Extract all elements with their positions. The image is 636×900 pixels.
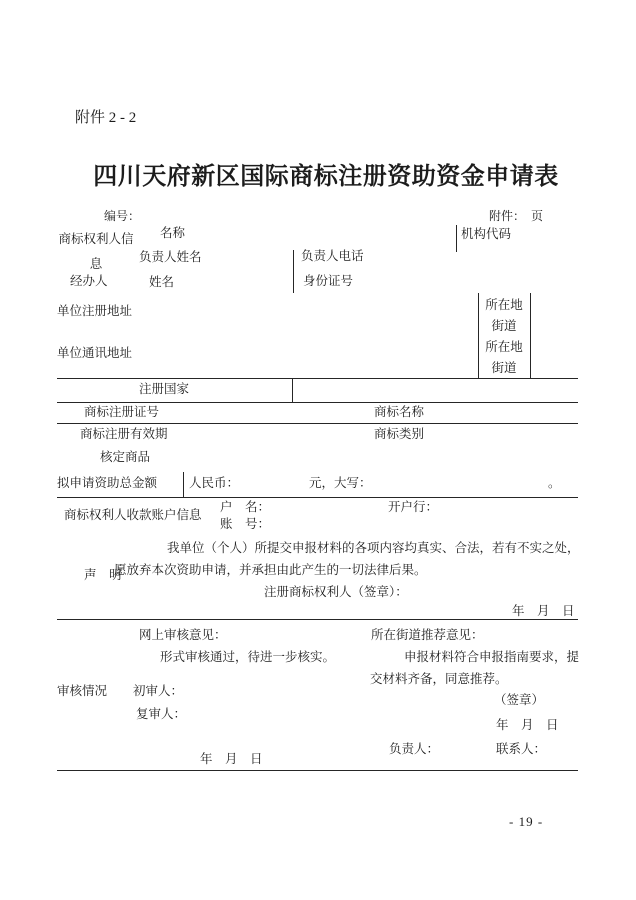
table-border-line (57, 402, 578, 403)
approved-goods-label: 核定商品 (100, 450, 150, 465)
bank-name-label: 开户行： (388, 500, 438, 515)
page-number: - 19 - (509, 814, 543, 830)
online-review-opinion-label: 网上审核意见： (139, 628, 227, 643)
subsidy-amount-label: 拟申请资助总金额 (57, 476, 157, 491)
amount-period-mark: 。 (548, 476, 561, 491)
certificate-number-label: 商标注册证号 (84, 405, 159, 420)
street-recommendation-line1: 申报材料符合申报指南要求，提 (404, 650, 579, 665)
street-recommendation-label: 所在街道推荐意见： (371, 628, 484, 643)
agent-name-label: 姓名 (149, 275, 174, 290)
validity-period-label: 商标注册有效期 (80, 427, 168, 442)
account-holder-label: 户 名： (220, 500, 270, 515)
attachment-number-label: 附件 2 - 2 (75, 106, 136, 127)
street-seal-label: （签章） (494, 693, 544, 708)
review-status-label: 审核情况 (57, 684, 107, 699)
street-recommendation-line2: 交材料齐备，同意推荐。 (370, 672, 508, 687)
owner-name-label: 名称 (160, 226, 185, 241)
table-border-line (456, 225, 457, 252)
street-date-label: 年 月 日 (496, 718, 559, 733)
declaration-line2: 愿放弃本次资助申请，并承担由此产生的一切法律后果。 (114, 563, 427, 578)
document-page: 附件 2 - 2 四川天府新区国际商标注册资助资金申请表 编号： 附件： 页 商… (0, 0, 636, 900)
rmb-label: 人民币： (189, 476, 239, 491)
agent-label: 经办人 (70, 274, 108, 289)
online-review-result: 形式审核通过，待进一步核实。 (160, 650, 335, 665)
serial-number-label: 编号： (104, 209, 140, 224)
table-border-line (57, 423, 578, 424)
mailing-address-label: 单位通讯地址 (57, 346, 132, 361)
owner-info-label: 商标权利人信息 (57, 227, 135, 277)
table-border-line (530, 293, 531, 378)
org-code-label: 机构代码 (461, 227, 511, 242)
declaration-date-label: 年 月 日 (512, 604, 575, 619)
registered-address-label: 单位注册地址 (57, 304, 132, 319)
table-border-line (57, 619, 578, 620)
manager-name-label: 负责人姓名 (139, 250, 202, 265)
table-border-line (57, 497, 578, 498)
first-reviewer-label: 初审人： (133, 684, 183, 699)
registered-street-label: 所在地 街道 (478, 295, 530, 337)
declaration-line1: 我单位（个人）所提交申报材料的各项内容均真实、合法，若有不实之处， (167, 541, 580, 556)
trademark-name-label: 商标名称 (374, 405, 424, 420)
table-border-line (57, 770, 578, 771)
trademark-class-label: 商标类别 (374, 427, 424, 442)
declaration-sign-label: 注册商标权利人（签章）： (264, 585, 408, 600)
attachment-pages-label: 附件： 页 (489, 209, 543, 224)
second-reviewer-label: 复审人： (136, 707, 186, 722)
account-number-label: 账 号： (220, 517, 270, 532)
agent-id-label: 身份证号 (303, 274, 353, 289)
page-title: 四川天府新区国际商标注册资助资金申请表 (0, 156, 636, 191)
table-border-line (478, 293, 479, 378)
bank-account-info-label: 商标权利人收款账户信息 (64, 508, 202, 523)
street-manager-label: 负责人： (389, 742, 439, 757)
registration-country-label: 注册国家 (139, 382, 189, 397)
mailing-street-label: 所在地 街道 (478, 337, 530, 379)
street-contact-label: 联系人： (496, 742, 546, 757)
review-date-label: 年 月 日 (200, 752, 263, 767)
yuan-in-words-label: 元，大写： (309, 476, 372, 491)
table-border-line (292, 378, 293, 402)
table-border-line (183, 472, 184, 497)
table-border-line (57, 378, 578, 379)
table-border-line (293, 250, 294, 293)
manager-phone-label: 负责人电话 (301, 249, 364, 264)
